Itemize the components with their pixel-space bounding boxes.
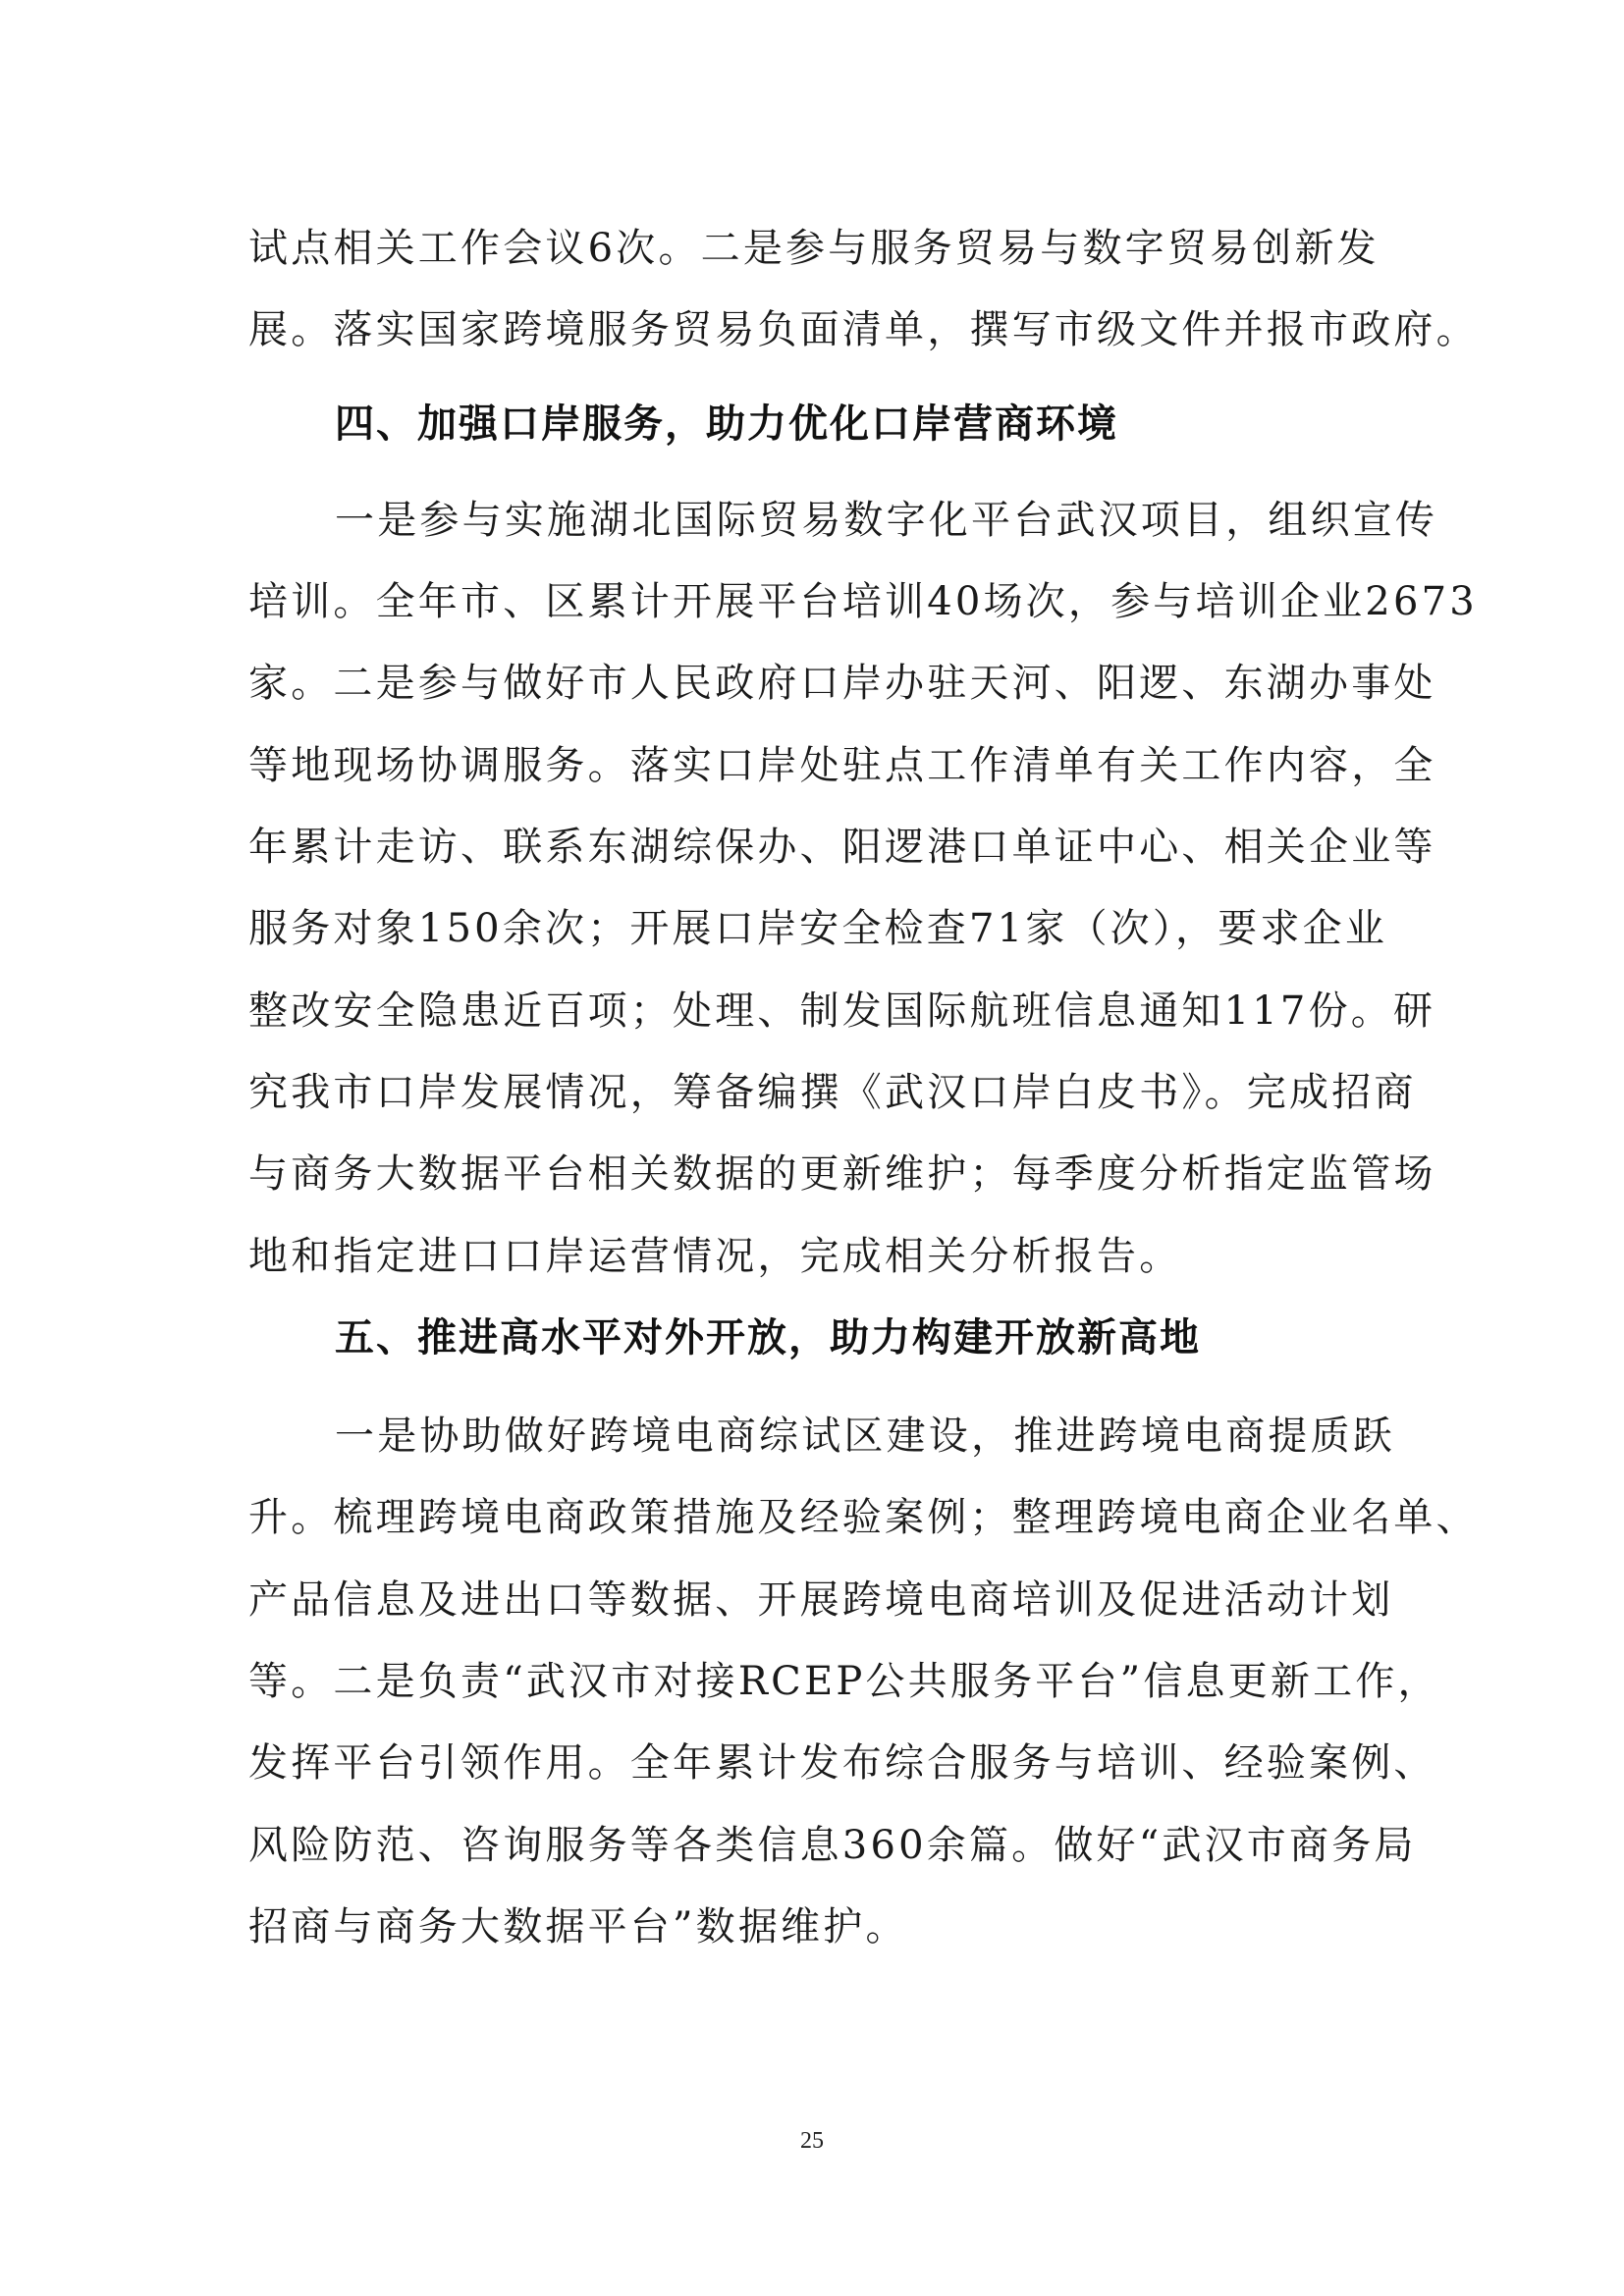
paragraph-line: 培训。全年市、区累计开展平台培训40场次，参与培训企业2673 <box>248 572 1378 631</box>
paragraph-line: 风险防范、咨询服务等各类信息360余篇。做好“武汉市商务局 <box>248 1816 1378 1875</box>
section-heading-4: 四、加强口岸服务，助力优化口岸营商环境 <box>335 395 1118 454</box>
paragraph-line: 一是参与实施湖北国际贸易数字化平台武汉项目，组织宣传 <box>335 491 1464 550</box>
paragraph-line: 等。二是负责“武汉市对接RCEP公共服务平台”信息更新工作， <box>248 1652 1378 1711</box>
paragraph-line: 等地现场协调服务。落实口岸处驻点工作清单有关工作内容，全 <box>248 736 1378 795</box>
paragraph-line: 试点相关工作会议6次。二是参与服务贸易与数字贸易创新发 <box>248 219 1378 278</box>
section-heading-5: 五、推进高水平对外开放，助力构建开放新高地 <box>335 1308 1201 1367</box>
paragraph-line: 服务对象150余次；开展口岸安全检查71家（次），要求企业 <box>248 899 1378 958</box>
paragraph-line: 招商与商务大数据平台”数据维护。 <box>248 1897 1378 1956</box>
paragraph-line: 整改安全隐患近百项；处理、制发国际航班信息通知117份。研 <box>248 982 1378 1041</box>
paragraph-line: 发挥平台引领作用。全年累计发布综合服务与培训、经验案例、 <box>248 1734 1378 1792</box>
paragraph-line: 与商务大数据平台相关数据的更新维护；每季度分析指定监管场 <box>248 1145 1378 1203</box>
paragraph-line: 地和指定进口口岸运营情况，完成相关分析报告。 <box>248 1227 1378 1286</box>
paragraph-line: 展。落实国家跨境服务贸易负面清单，撰写市级文件并报市政府。 <box>248 300 1378 359</box>
paragraph-line: 年累计走访、联系东湖综保办、阳逻港口单证中心、相关企业等 <box>248 818 1378 877</box>
page-number: 25 <box>0 2128 1624 2155</box>
paragraph-line: 升。梳理跨境电商政策措施及经验案例；整理跨境电商企业名单、 <box>248 1488 1378 1547</box>
paragraph-line: 家。二是参与做好市人民政府口岸办驻天河、阳逻、东湖办事处 <box>248 654 1378 713</box>
paragraph-line: 产品信息及进出口等数据、开展跨境电商培训及促进活动计划 <box>248 1571 1378 1629</box>
paragraph-line: 一是协助做好跨境电商综试区建设，推进跨境电商提质跃 <box>335 1407 1464 1466</box>
document-page: 试点相关工作会议6次。二是参与服务贸易与数字贸易创新发 展。落实国家跨境服务贸易… <box>0 0 1624 2296</box>
paragraph-line: 究我市口岸发展情况，筹备编撰《武汉口岸白皮书》。完成招商 <box>248 1063 1378 1122</box>
